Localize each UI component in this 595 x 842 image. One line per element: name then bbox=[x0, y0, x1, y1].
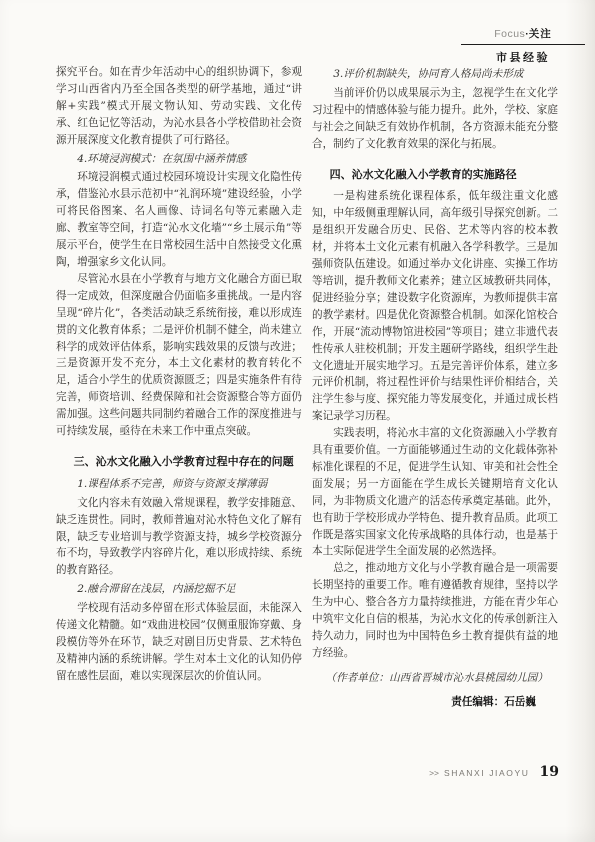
page-footer: >> SHANXI JIAOYU 19 bbox=[429, 764, 559, 780]
left-column: 探究平台。如在青少年活动中心的组织协调下，参观学习山西省内乃至全国各类型的研学基… bbox=[56, 64, 302, 711]
body-paragraph: 实践表明，将沁水丰富的文化资源融入小学教育具有重要价值。一方面能够通过生动的文化… bbox=[312, 425, 558, 560]
page-number: 19 bbox=[540, 764, 559, 780]
body-paragraph: 当前评价仍以成果展示为主，忽视学生在文化学习过程中的情感体验与能力提升。此外，学… bbox=[312, 85, 558, 153]
section-heading: 三、沁水文化融入小学教育过程中存在的问题 bbox=[56, 454, 302, 471]
focus-section-label: 关注 bbox=[529, 28, 552, 40]
body-paragraph: 尽管沁水县在小学教育与地方文化融合方面已取得一定成效，但深度融合仍面临多重挑战。… bbox=[56, 271, 302, 440]
right-column: 3.评价机制缺失，协同育人格局尚未形成当前评价仍以成果展示为主，忽视学生在文化学… bbox=[312, 64, 558, 711]
page-header: Focus·关注 市县经验 bbox=[461, 26, 585, 65]
body-paragraph: 学校现有活动多停留在形式体验层面，未能深入传递文化精髓。如“戏曲进校园”仅侧重服… bbox=[56, 600, 302, 685]
body-paragraph: 一是构建系统化课程体系，低年级注重文化感知，中年级侧重理解认同，高年级引导探究创… bbox=[312, 188, 558, 425]
header-rule bbox=[461, 44, 585, 45]
journal-page: Focus·关注 市县经验 探究平台。如在青少年活动中心的组织协调下，参观学习山… bbox=[0, 0, 595, 842]
journal-mark: SHANXI JIAOYU bbox=[444, 768, 530, 778]
focus-label: Focus·关注 bbox=[461, 26, 585, 44]
item-subheading: 1.课程体系不完善，师资与资源支撑薄弱 bbox=[56, 476, 302, 493]
section-heading: 四、沁水文化融入小学教育的实施路径 bbox=[312, 167, 558, 184]
body-paragraph: 总之，推动地方文化与小学教育融合是一项需要长期坚持的重要工作。唯有遵循教育规律，… bbox=[312, 560, 558, 661]
body-paragraph: 探究平台。如在青少年活动中心的组织协调下，参观学习山西省内乃至全国各类型的研学基… bbox=[56, 64, 302, 149]
item-subheading: 4.环境浸润模式：在氛围中涵养情感 bbox=[56, 151, 302, 168]
focus-brand: Focus bbox=[494, 28, 525, 40]
double-chevron-icon: >> bbox=[429, 768, 439, 778]
column-section-label: 市县经验 bbox=[461, 49, 585, 65]
article-body: 探究平台。如在青少年活动中心的组织协调下，参观学习山西省内乃至全国各类型的研学基… bbox=[56, 64, 558, 711]
author-unit: （作者单位：山西省晋城市沁水县桃园幼儿园） bbox=[312, 670, 558, 687]
body-paragraph: 文化内容未有效融入常规课程，教学安排随意、缺乏连贯性。同时，教师普遍对沁水特色文… bbox=[56, 495, 302, 580]
body-paragraph: 环境浸润模式通过校园环境设计实现文化隐性传承，借鉴沁水县示范初中“礼润环境”建设… bbox=[56, 169, 302, 270]
editor-credit: 责任编辑：石岳巍 bbox=[312, 694, 558, 711]
item-subheading: 2.融合滞留在浅层，内涵挖掘不足 bbox=[56, 581, 302, 598]
item-subheading: 3.评价机制缺失，协同育人格局尚未形成 bbox=[312, 66, 558, 83]
